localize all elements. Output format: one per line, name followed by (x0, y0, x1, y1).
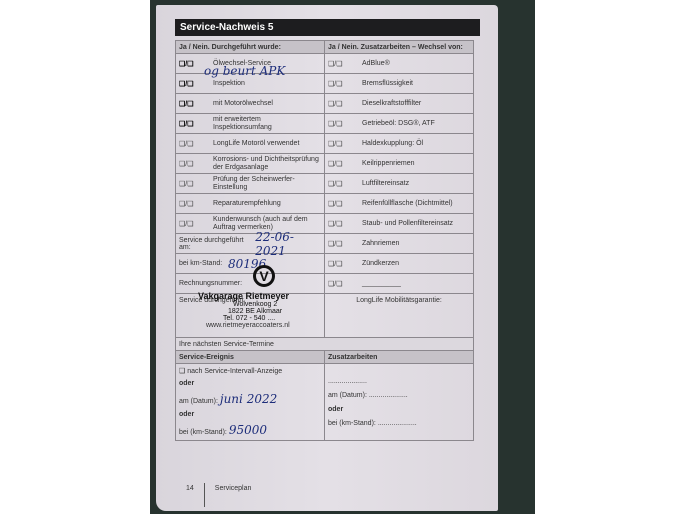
service-item-label: LongLife Motoröl verwendet (201, 140, 299, 148)
right-column-header: Ja / Nein. Zusatzarbeiten – Wechsel von: (325, 41, 473, 53)
stamp-web: www.rietmeyeraccoaters.nl (178, 322, 328, 329)
or-label: oder (179, 411, 194, 418)
section-name: Serviceplan (215, 485, 252, 507)
yes-no-checkbox[interactable]: ❑/❑ (179, 60, 201, 68)
yes-no-checkbox[interactable]: ❑/❑ (328, 260, 350, 268)
stamp-street: Wolvenkoog 2 (178, 301, 328, 308)
extra-work-label: Luftfiltereinsatz (350, 180, 409, 188)
table-row: ❑/❑Inspektion❑/❑Bremsflüssigkeit (176, 74, 473, 94)
extra-work-label: AdBlue® (350, 60, 390, 68)
service-item-label: mit Motorölwechsel (201, 100, 273, 108)
next-date-field: am (Datum): juni 2022 (179, 392, 277, 406)
table-row: ❑/❑mit erweitertem Inspektionsumfang❑/❑G… (176, 114, 473, 134)
yes-no-checkbox[interactable]: ❑/❑ (328, 140, 350, 148)
left-column-header: Ja / Nein. Durchgeführt wurde: (176, 41, 325, 53)
page-footer: 14 Serviceplan (186, 485, 251, 507)
service-item-label: Korrosions- und Dichtheitsprüfung der Er… (201, 156, 321, 172)
extra-work-label: Dieselkraftstofffilter (350, 100, 421, 108)
table-row: ❑/❑Kundenwunsch (auch auf dem Auftrag ve… (176, 214, 473, 234)
yes-no-checkbox[interactable]: ❑/❑ (179, 140, 201, 148)
yes-no-checkbox[interactable]: ❑/❑ (179, 220, 201, 228)
service-date-label: Service durchgeführt am: (179, 237, 253, 251)
service-booklet-page: Service-Nachweis 5 Ja / Nein. Durchgefüh… (156, 5, 498, 511)
extra-work-label: Getriebeöl: DSG®, ATF (350, 120, 435, 128)
extra-work-label: Bremsflüssigkeit (350, 80, 413, 88)
yes-no-checkbox[interactable]: ❑/❑ (328, 280, 350, 288)
yes-no-checkbox[interactable]: ❑/❑ (328, 120, 350, 128)
service-item-label: Inspektion (201, 80, 245, 88)
blank-line: .................... (328, 378, 367, 385)
vakgarage-logo-icon: V (253, 265, 275, 287)
service-item-label: mit erweitertem Inspektionsumfang (201, 116, 321, 132)
stamp-city: 1822 BE Alkmaar (178, 308, 328, 315)
col-service-event: Service-Ereignis (176, 351, 325, 363)
yes-no-checkbox[interactable]: ❑/❑ (328, 240, 350, 248)
longlife-label: LongLife Mobilitätsgarantie: (356, 297, 442, 304)
extra-work-label: Zündkerzen (350, 260, 399, 268)
extra-work-label: __________ (350, 280, 401, 288)
extra-km-field: bei (km-Stand): .................... (328, 420, 417, 427)
col-extra-work: Zusatzarbeiten (325, 351, 473, 363)
next-service-table: Ihre nächsten Service-Termine Service-Er… (175, 337, 474, 441)
table-row: Service durchgeführt am: 22-06-2021❑/❑Za… (176, 234, 473, 254)
or-label: oder (179, 380, 194, 387)
extra-work-label: Zahnriemen (350, 240, 399, 248)
table-row: ❑/❑mit Motorölwechsel❑/❑Dieselkraftstoff… (176, 94, 473, 114)
yes-no-checkbox[interactable]: ❑/❑ (179, 180, 201, 188)
service-item-label: Prüfung der Scheinwerfer-Einstellung (201, 176, 321, 192)
dealer-stamp: V Vakgarage Rietmeyer Wolvenkoog 2 1822 … (178, 265, 328, 329)
yes-no-checkbox[interactable]: ❑/❑ (179, 100, 201, 108)
extra-work-label: Haldexkupplung: Öl (350, 140, 423, 148)
footer-divider (204, 483, 205, 507)
yes-no-checkbox[interactable]: ❑/❑ (328, 100, 350, 108)
table-row: ❑/❑LongLife Motoröl verwendet❑/❑Haldexku… (176, 134, 473, 154)
page-number: 14 (186, 485, 194, 507)
yes-no-checkbox[interactable]: ❑/❑ (179, 160, 201, 168)
stamp-name: Vakgarage Rietmeyer (178, 291, 328, 301)
page-title: Service-Nachweis 5 (175, 19, 480, 36)
yes-no-checkbox[interactable]: ❑/❑ (179, 200, 201, 208)
stamp-phone: Tel. 072 - 540 .... (178, 315, 328, 322)
or-label: oder (328, 406, 343, 413)
table-row: ❑/❑Korrosions- und Dichtheitsprüfung der… (176, 154, 473, 174)
service-item-label: Reparaturempfehlung (201, 200, 281, 208)
extra-work-label: Staub- und Pollenfiltereinsatz (350, 220, 453, 228)
yes-no-checkbox[interactable]: ❑/❑ (179, 120, 201, 128)
extra-work-label: Reifenfüllflasche (Dichtmittel) (350, 200, 453, 208)
next-km-field: bei (km-Stand): 95000 (179, 423, 267, 437)
yes-no-checkbox[interactable]: ❑/❑ (328, 80, 350, 88)
table-row: ❑/❑Ölwechsel-Serviceog beurt APK❑/❑AdBlu… (176, 54, 473, 74)
table-row: ❑/❑Prüfung der Scheinwerfer-Einstellung❑… (176, 174, 473, 194)
extra-work-label: Keilrippenriemen (350, 160, 415, 168)
next-service-header: Ihre nächsten Service-Termine (176, 338, 473, 350)
yes-no-checkbox[interactable]: ❑/❑ (179, 80, 201, 88)
interval-checkbox[interactable]: ❑ nach Service-Intervall-Anzeige (179, 367, 282, 375)
yes-no-checkbox[interactable]: ❑/❑ (328, 200, 350, 208)
yes-no-checkbox[interactable]: ❑/❑ (328, 180, 350, 188)
extra-date-field: am (Datum): .................... (328, 392, 408, 399)
table-row: ❑/❑Reparaturempfehlung❑/❑Reifenfüllflasc… (176, 194, 473, 214)
yes-no-checkbox[interactable]: ❑/❑ (328, 160, 350, 168)
yes-no-checkbox[interactable]: ❑/❑ (328, 220, 350, 228)
yes-no-checkbox[interactable]: ❑/❑ (328, 60, 350, 68)
